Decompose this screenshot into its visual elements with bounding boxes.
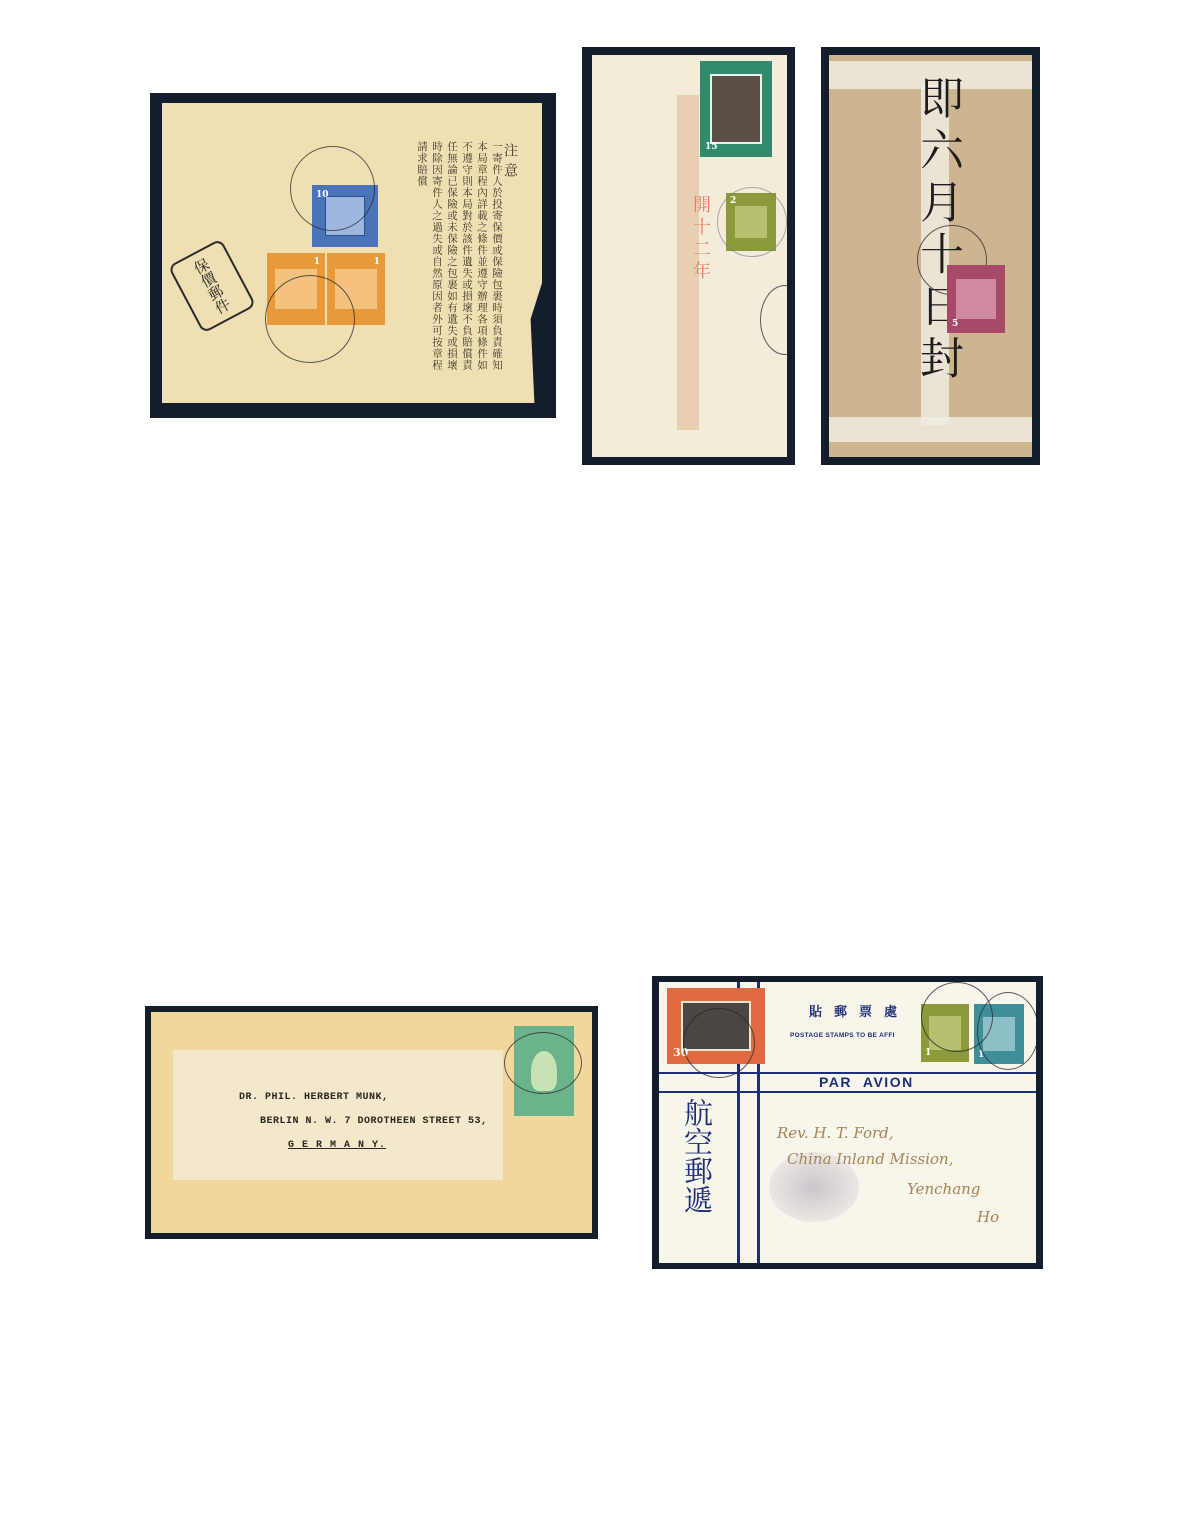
handwritten-line-3: Yenchang <box>907 1180 980 1198</box>
wrapper-paper: DR. PHIL. HERBERT MUNK, BERLIN N. W. 7 D… <box>151 1012 592 1233</box>
airmail-cover-photo: 貼郵票處 POSTAGE STAMPS TO BE AFFI PAR AVION… <box>652 976 1043 1269</box>
notice-text: 一寄件人於投寄保價或保險包裹時須負責確知本局章程內詳載之條件並遵守辦理各項條件如… <box>414 141 504 381</box>
handwritten-line-4: Ho <box>977 1208 999 1226</box>
postmark-shanghai <box>760 285 787 355</box>
address-line-1: DR. PHIL. HERBERT MUNK, <box>239 1092 389 1103</box>
cover-paper: 貼郵票處 POSTAGE STAMPS TO BE AFFI PAR AVION… <box>659 982 1036 1263</box>
handwritten-line-1: Rev. H. T. Ford, <box>777 1124 894 1142</box>
envelope-paper: 開十二年 15 2 <box>592 55 787 457</box>
par-avion-label: PAR AVION <box>819 1074 914 1090</box>
envelope-back-photo-1: 開十二年 15 2 <box>582 47 795 465</box>
red-manuscript: 開十二年 <box>687 195 713 283</box>
postmark <box>977 992 1036 1070</box>
postmark <box>504 1032 582 1094</box>
stamp-box-label-cn: 貼郵票處 <box>809 1001 909 1020</box>
tape-bottom <box>829 417 1032 442</box>
airmail-label-cn: 航空郵遞 <box>677 1098 717 1214</box>
germany-wrapper-photo: DR. PHIL. HERBERT MUNK, BERLIN N. W. 7 D… <box>145 1006 598 1239</box>
handwritten-line-2: China Inland Mission, <box>787 1150 953 1168</box>
insurance-fragment-photo: 注意 一寄件人於投寄保價或保險包裹時須負責確知本局章程內詳載之條件並遵守辦理各項… <box>150 93 556 418</box>
address-label <box>173 1050 503 1180</box>
rule-bottom <box>659 1091 1036 1093</box>
envelope-paper: 即六月十日封 5 <box>829 55 1032 457</box>
envelope-back-photo-2: 即六月十日封 5 <box>821 47 1040 465</box>
postmark <box>717 187 787 257</box>
address-line-3: G E R M A N Y. <box>288 1140 386 1151</box>
stamp-green-airmail: 15 <box>700 61 772 157</box>
address-line-2: BERLIN N. W. 7 DOROTHEEN STREET 53, <box>260 1116 488 1127</box>
postmark <box>683 1008 755 1078</box>
postmark <box>290 146 375 231</box>
box-handstamp: 保價郵件 <box>168 238 257 333</box>
postmark <box>265 275 355 363</box>
stamp-box-label-en: POSTAGE STAMPS TO BE AFFI <box>790 1032 895 1039</box>
stamp-purple-junk: 5 <box>947 265 1005 333</box>
fragment-paper: 注意 一寄件人於投寄保價或保險包裹時須負責確知本局章程內詳載之條件並遵守辦理各項… <box>162 103 542 403</box>
